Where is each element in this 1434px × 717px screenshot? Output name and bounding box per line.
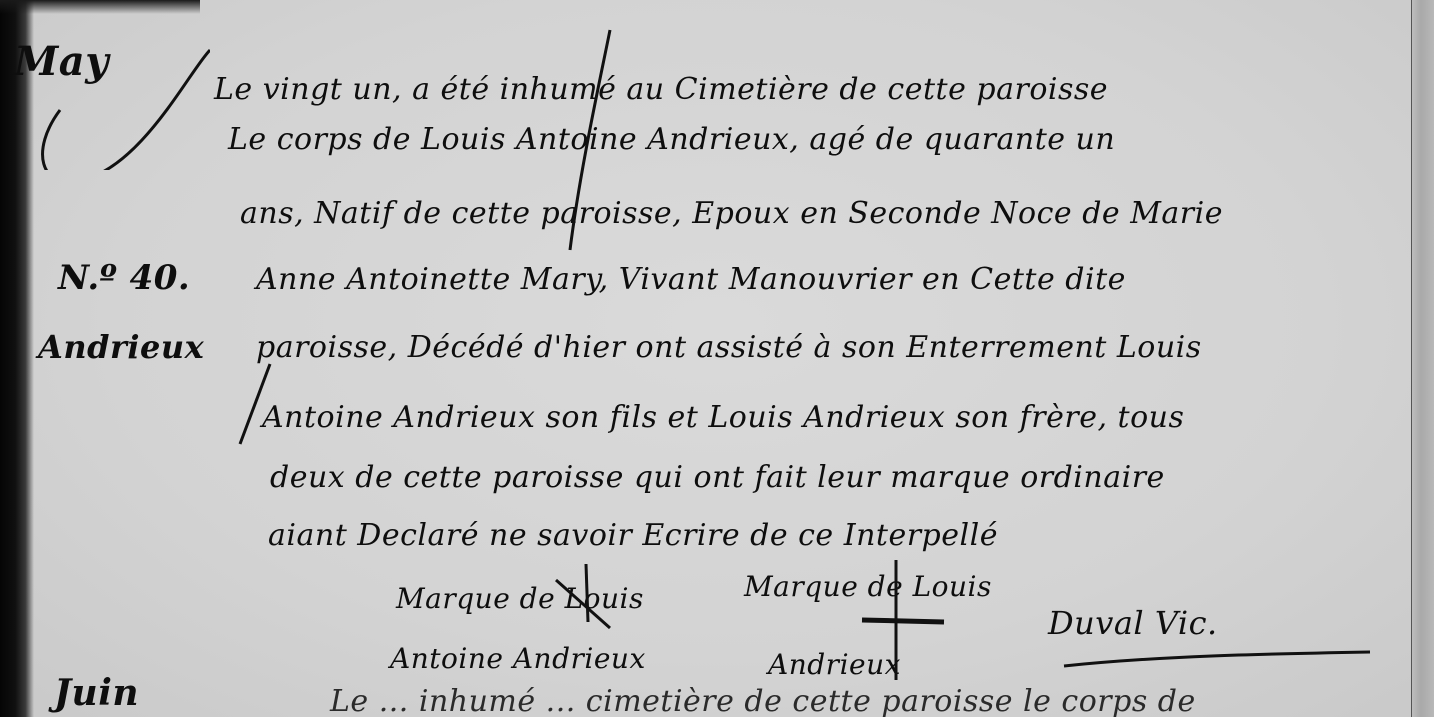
- body-line-5: paroisse, Décédé d'hier ont assisté à so…: [256, 330, 1202, 365]
- margin-entry-number: N.º 40.: [58, 258, 190, 298]
- body-line-2: Le corps de Louis Antoine Andrieux, agé …: [228, 122, 1115, 157]
- body-line-1: Le vingt un, a été inhumé au Cimetière d…: [214, 72, 1108, 107]
- book-binding-shadow: [0, 0, 34, 717]
- body-line-3: ans, Natif de cette paroisse, Epoux en S…: [240, 196, 1223, 231]
- top-edge-shadow: [0, 0, 200, 14]
- next-entry-partial-line: Le ... inhumé ... cimetière de cette par…: [330, 684, 1196, 717]
- mark-name-1: Antoine Andrieux: [390, 642, 646, 675]
- page-edge: [1411, 0, 1434, 717]
- margin-next-month: Juin: [54, 672, 139, 714]
- register-page: May N.º 40. Andrieux Juin Le vingt un, a…: [0, 0, 1434, 717]
- margin-month: May: [14, 38, 109, 85]
- margin-surname: Andrieux: [38, 328, 204, 366]
- signature-underline-icon: [1060, 650, 1380, 670]
- body-line-6: Antoine Andrieux son fils et Louis Andri…: [262, 400, 1184, 435]
- priest-signature: Duval Vic.: [1048, 604, 1218, 642]
- cross-mark-icon: [860, 560, 950, 700]
- body-line-4: Anne Antoinette Mary, Vivant Manouvrier …: [256, 262, 1126, 297]
- body-line-7: deux de cette paroisse qui ont fait leur…: [270, 460, 1165, 495]
- body-line-8: aiant Declaré ne savoir Ecrire de ce Int…: [268, 518, 998, 553]
- x-mark-icon: [548, 562, 618, 632]
